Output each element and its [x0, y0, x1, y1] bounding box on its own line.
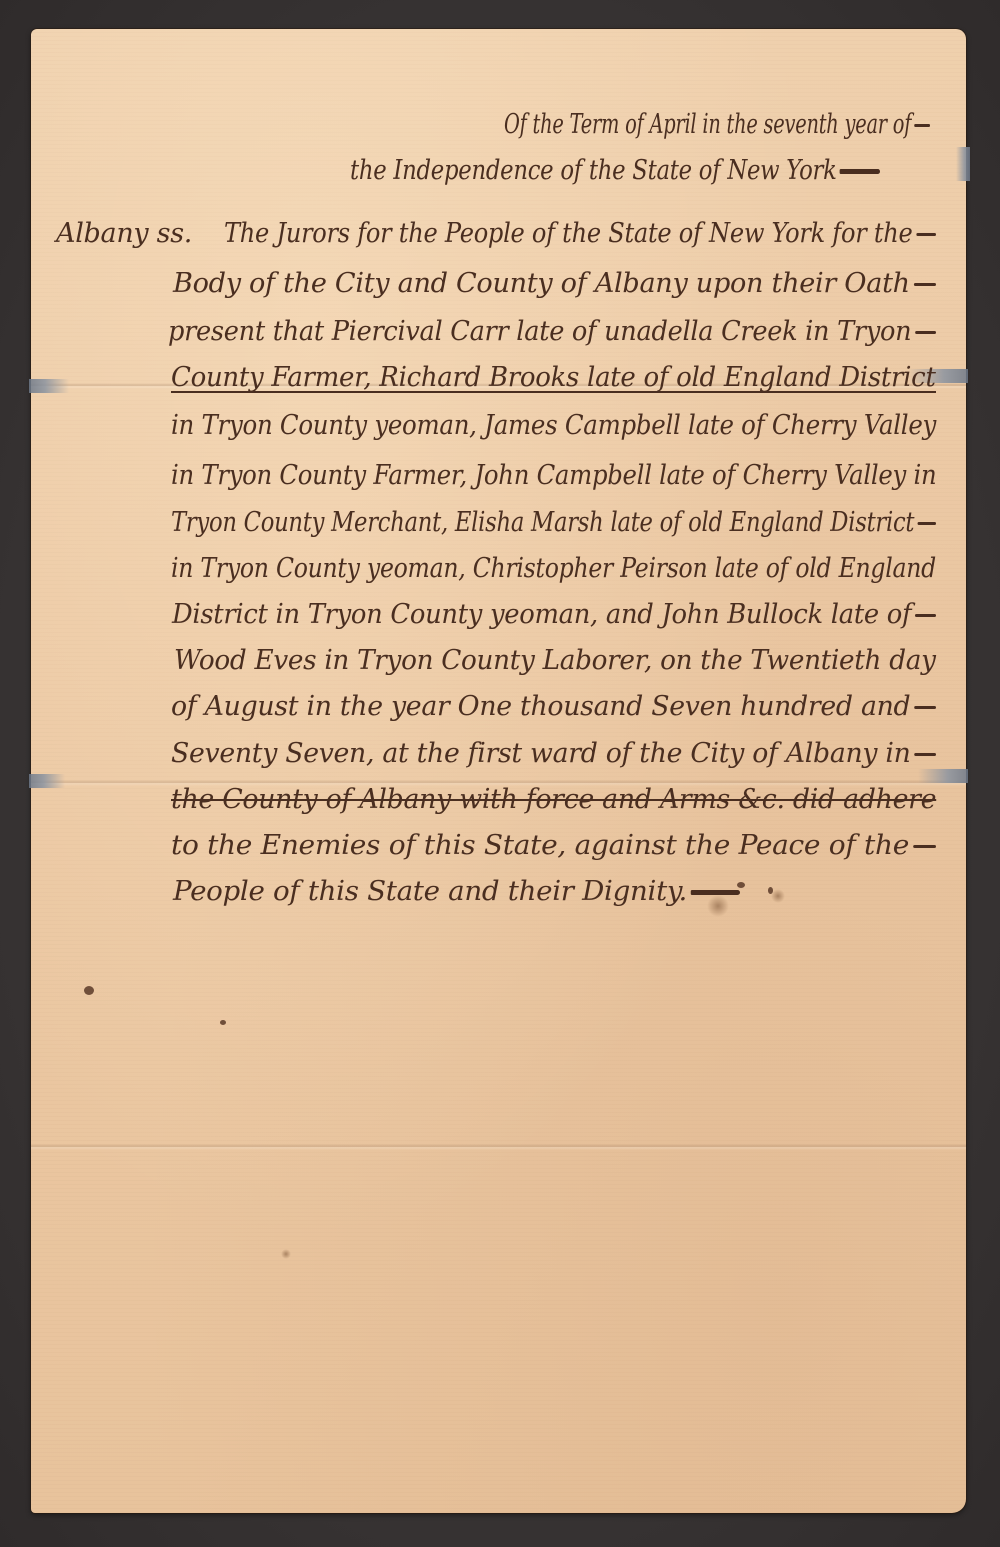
body-text: in Tryon County Farmer, John Campbell la… — [171, 460, 936, 491]
body-text: in Tryon County yeoman, Christopher Peir… — [171, 553, 936, 584]
manuscript-page: Of the Term of April in the seventh year… — [31, 29, 966, 1513]
venue-label: Albany ss. — [56, 220, 192, 247]
line-flourish — [914, 283, 936, 286]
body-line-15: People of this State and their Dignity. — [173, 878, 740, 905]
heading-line-2: the Independence of the State of New Yor… — [350, 157, 880, 184]
body-text: People of this State and their Dignity. — [173, 876, 687, 907]
stain — [281, 1249, 291, 1259]
body-line-3: present that Piercival Carr late of unad… — [168, 318, 936, 345]
venue-text: Albany ss. — [56, 218, 192, 249]
ink-spot — [84, 986, 94, 995]
body-line-7: Tryon County Merchant, Elisha Marsh late… — [171, 509, 936, 536]
body-text: in Tryon County yeoman, James Campbell l… — [171, 410, 936, 441]
line-flourish — [913, 845, 936, 848]
handwritten-text: Of the Term of April in the seventh year… — [31, 29, 966, 1513]
body-line-13: the County of Albany with force and Arms… — [171, 786, 936, 813]
body-text: of August in the year One thousand Seven… — [171, 691, 910, 722]
body-line-6: in Tryon County Farmer, John Campbell la… — [171, 462, 936, 489]
body-text: Tryon County Merchant, Elisha Marsh late… — [171, 507, 914, 538]
body-line-1: The Jurors for the People of the State o… — [224, 220, 936, 247]
heading-text-2: the Independence of the State of New Yor… — [350, 155, 837, 186]
body-text: Seventy Seven, at the first ward of the … — [171, 738, 911, 769]
body-line-14: to the Enemies of this State, against th… — [171, 832, 936, 859]
body-text: to the Enemies of this State, against th… — [171, 830, 909, 861]
body-line-8: in Tryon County yeoman, Christopher Peir… — [171, 555, 936, 582]
line-flourish — [916, 233, 936, 236]
body-line-11: of August in the year One thousand Seven… — [171, 693, 936, 720]
line-flourish — [840, 169, 880, 174]
stain — [771, 889, 785, 903]
body-text: The Jurors for the People of the State o… — [224, 218, 912, 249]
line-flourish — [914, 706, 936, 709]
ink-spot — [220, 1020, 226, 1025]
stain — [707, 895, 729, 917]
body-text: present that Piercival Carr late of unad… — [168, 316, 911, 347]
body-text: County Farmer, Richard Brooks late of ol… — [171, 362, 936, 393]
line-flourish — [915, 753, 937, 756]
body-line-10: Wood Eves in Tryon County Laborer, on th… — [174, 647, 936, 674]
ink-spot — [737, 882, 745, 888]
line-flourish — [914, 124, 930, 127]
body-line-2: Body of the City and County of Albany up… — [173, 270, 936, 297]
line-flourish — [915, 614, 936, 617]
body-text: the County of Albany with force and Arms… — [171, 784, 936, 815]
body-text: District in Tryon County yeoman, and Joh… — [172, 599, 911, 630]
heading-line-1: Of the Term of April in the seventh year… — [504, 111, 930, 138]
body-line-4: County Farmer, Richard Brooks late of ol… — [171, 364, 936, 393]
body-text: Body of the City and County of Albany up… — [173, 268, 910, 299]
line-flourish — [915, 331, 936, 334]
heading-text-1: Of the Term of April in the seventh year… — [504, 109, 911, 140]
body-line-9: District in Tryon County yeoman, and Joh… — [172, 601, 936, 628]
line-flourish — [918, 522, 936, 525]
body-text: Wood Eves in Tryon County Laborer, on th… — [174, 645, 936, 676]
body-line-12: Seventy Seven, at the first ward of the … — [171, 740, 936, 767]
body-line-5: in Tryon County yeoman, James Campbell l… — [171, 412, 936, 439]
